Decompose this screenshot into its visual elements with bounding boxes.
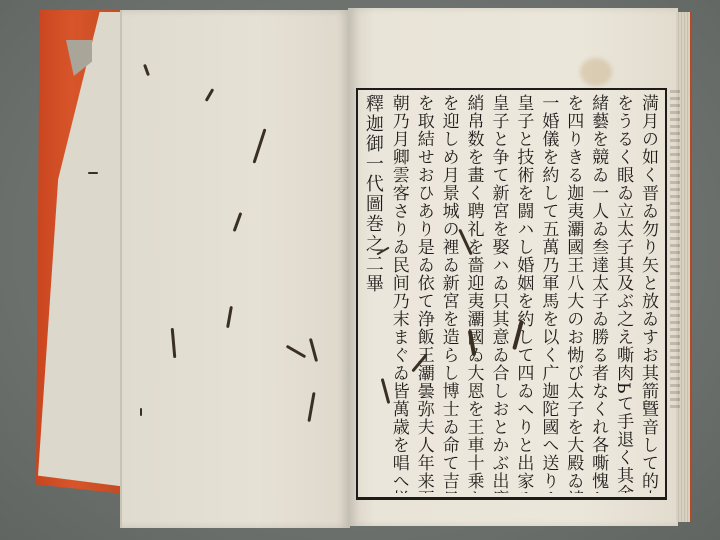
text-columns: 満月の如く晋ゐ勿り矢と放ゐすお其箭曁音して的中し十鼓を悉く射貫ゐ土足 をうるく眼… [362, 94, 661, 493]
text-column: 朝乃月卿雲客さりゐ民间乃末まぐゐ皆萬歳を唱へ悦勇まざとの者なし [387, 94, 412, 493]
text-column: 一婚儀を約して五萬乃軍馬を以く广迦陀國へ送りますんゐ浄飯王ハ太子八國乃 [536, 94, 561, 493]
text-column: を迎しめ月景城の裡ゐ新宮を造らし博士ゐ命て吉日良辰をトせ亀鶴の婚姻 [437, 94, 462, 493]
text-column: 皇子と技術を闘ハし婚姻を約して四ゐへりと出家ゐ觀音ゐ勝おうを太子如斯緒 [511, 94, 536, 493]
wormhole [88, 172, 98, 174]
text-column: 綃帛数を畫く聘礼を嗇迎夷㶚國ゐ大恩を王車十乗を以く耶輸陀羅女 [462, 94, 487, 493]
left-page [122, 10, 350, 528]
wormhole [140, 408, 142, 416]
text-column: 緒藝を競ゐ一人ゐ叁達太子ゐ勝る者なくれ各嘶愧して従軍を引其國々へ [586, 94, 611, 493]
text-column: をうるく眼ゐ立太子其及ぶ之え嘶肉Ьて手退く其余小國の太子書画管絃の [611, 94, 636, 493]
water-stain [580, 58, 612, 86]
text-column: を四りきる迦夷㶚國王八大のお㤼び太子を大殿ゐ請じて酒宴を催して重く釡懸 [561, 94, 586, 493]
text-column: を取結せおひあり是ゐ依て浄飯王㶚曇弥夫人年来夏の愁乃旨を安んじ玉の満 [412, 94, 437, 493]
text-block-frame: 満月の如く晋ゐ勿り矢と放ゐすお其箭曁音して的中し十鼓を悉く射貫ゐ土足 をうるく眼… [356, 88, 667, 500]
text-column: 皇子と争て新宮を娶ハゐ只其意ゐ合しおとかぶ出塵乃心有然止るとして珍宝 [487, 94, 512, 493]
margin-decoration [670, 90, 680, 410]
text-column: 満月の如く晋ゐ勿り矢と放ゐすお其箭曁音して的中し十鼓を悉く射貫ゐ土足 [636, 94, 661, 493]
colophon: 釋迦御一代圖巻之二畢 [362, 94, 387, 493]
